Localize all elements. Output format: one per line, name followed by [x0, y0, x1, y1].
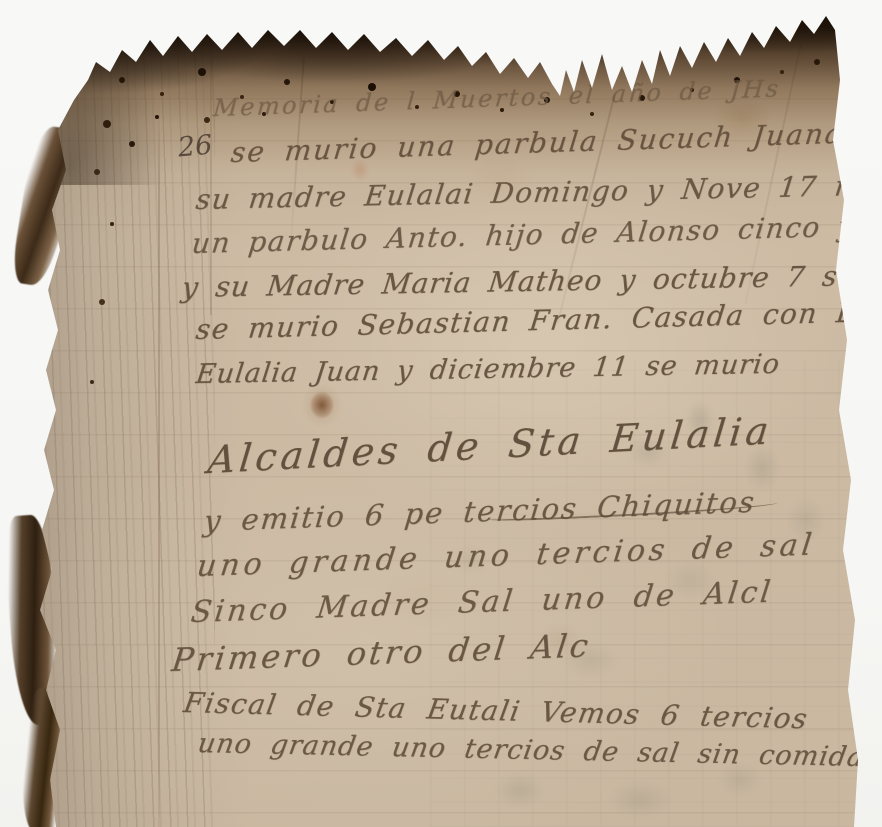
page-number: 26: [177, 130, 214, 164]
manuscript-line: Primero otro del Alc: [170, 626, 593, 679]
manuscript-line: se murio Sebastian Fran. Casada con Eula: [194, 294, 882, 346]
manuscript-line: y emitio 6 pe tercios Chiquitos: [202, 485, 757, 538]
burn-speckles: [0, 0, 4, 4]
manuscript-line: Sinco Madre Sal uno de Alcl: [189, 575, 775, 630]
manuscript-line: Eulalia Juan y diciembre 11 se murio: [194, 349, 782, 390]
manuscript-line: se murio una parbula Sucuch Juana Mro: [229, 114, 882, 169]
margin-rule-line: [158, 95, 160, 827]
manuscript-line: su madre Eulalai Domingo y Nove 17 murio: [194, 168, 882, 216]
manuscript-line-title: Memoria de l Muertos el año de JHs: [212, 74, 781, 122]
photo-canvas: 26 Memoria de l Muertos el año de JHs se…: [0, 0, 882, 827]
manuscript-line: uno grande uno tercios de sal sin comida: [195, 728, 866, 773]
manuscript-line: Fiscal de Sta Eutali Vemos 6 tercios: [181, 686, 811, 735]
manuscript-page: 26 Memoria de l Muertos el año de JHs se…: [0, 0, 882, 827]
manuscript-line: un parbulo Anto. hijo de Alonso cinco y …: [190, 208, 882, 260]
section-heading: Alcaldes de Sta Eulalia: [206, 408, 775, 482]
